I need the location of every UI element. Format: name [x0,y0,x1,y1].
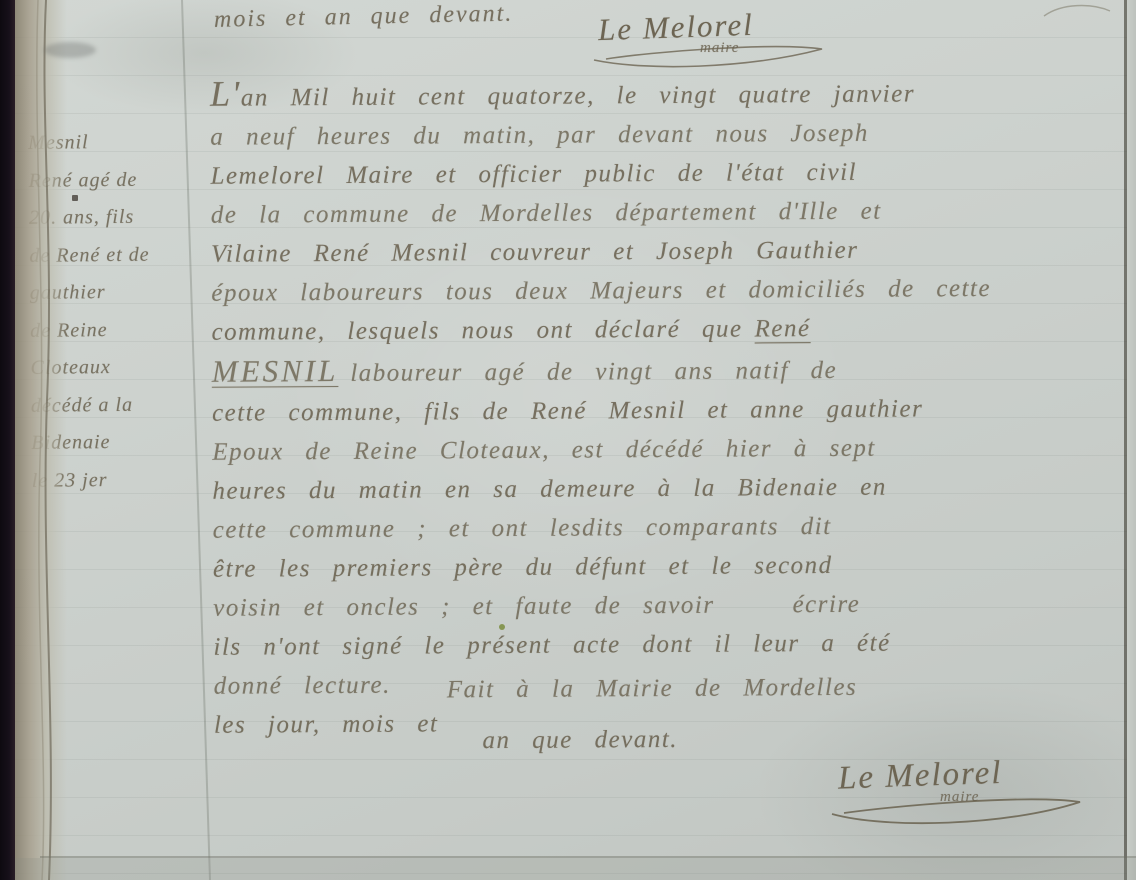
previous-act-signature: Le Melorel maire [598,8,838,57]
deceased-first-name: René [755,315,811,342]
paper-stain [44,42,96,58]
act-line: être les premiers père du défunt et le s… [213,544,1118,589]
act-line-text: laboureur agé de vingt ans natif de [350,357,837,387]
green-speck [499,624,505,630]
act-line: a neuf heures du matin, par devant nous … [210,112,1115,157]
act-signature: Le Melorel maire [838,756,1100,806]
scan-border [0,0,15,880]
act-line: époux laboureurs tous deux Majeurs et do… [211,268,1116,313]
act-line-text: écrire [792,591,860,618]
right-fold-line [1124,0,1127,880]
act-line: donné lecture.Fait à la Mairie de Mordel… [214,661,1119,706]
act-body: L'an Mil huit cent quatorze, le vingt qu… [210,69,1119,745]
act-line: Vilaine René Mesnil couvreur et Joseph G… [211,229,1116,274]
act-line: heures du matin en sa demeure à la Biden… [212,466,1117,511]
bottom-page-edge [15,858,1136,880]
act-line-text: an que devant. [482,726,678,754]
act-line: les jour, mois etan que devant. [214,700,1119,745]
act-line: MESNILlaboureur agé de vingt ans natif d… [212,346,1117,394]
act-line: cette commune ; et ont lesdits comparant… [213,505,1118,550]
act-line: voisin et oncles ; et faute de savoirécr… [213,583,1118,628]
act-line: L'an Mil huit cent quatorze, le vingt qu… [210,69,1115,118]
act-line: de la commune de Mordelles département d… [211,190,1116,235]
act-line-text: Fait à la Mairie de Mordelles [447,674,858,704]
signature-flourish-icon [826,792,1094,832]
act-line-text: les jour, mois et [214,710,439,738]
corner-ink-mark [1038,0,1118,22]
deceased-surname: MESNIL [212,353,339,389]
right-page-sliver [1127,0,1136,880]
act-line: commune, lesquels nous ont déclaré queRe… [211,307,1116,352]
act-line: Epoux de Reine Cloteaux, est décédé hier… [212,427,1117,472]
act-line: Lemelorel Maire et officier public de l'… [210,151,1115,196]
document-scan: mois et an que devant. Le Melorel maire … [0,0,1136,880]
ink-speck [72,195,78,201]
act-line: ils n'ont signé le présent acte dont il … [213,622,1118,667]
act-line: cette commune, fils de René Mesnil et an… [212,388,1117,433]
act-line-text: voisin et oncles ; et faute de savoir [213,592,714,622]
signature-flourish-icon [586,40,836,74]
act-line-text: commune, lesquels nous ont déclaré que [211,316,742,346]
act-line-text: donné lecture. [214,672,391,700]
